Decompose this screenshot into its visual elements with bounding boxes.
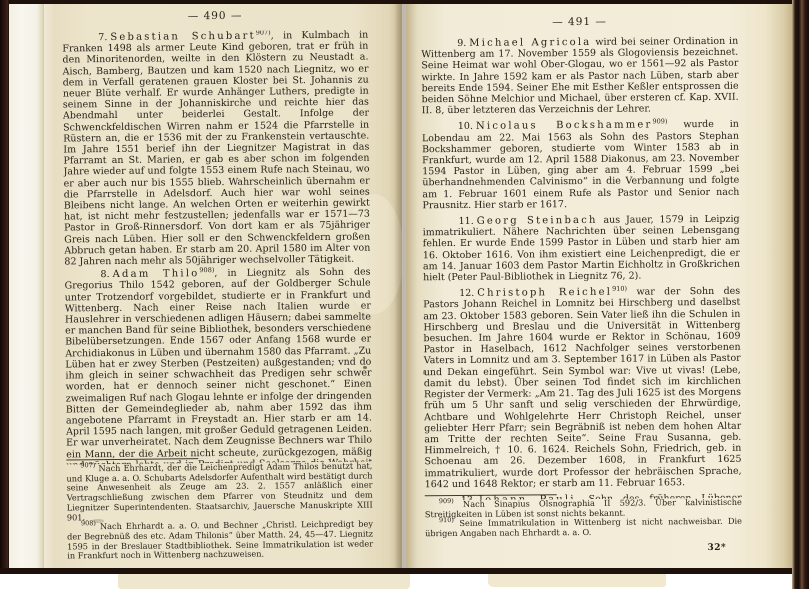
paragraph-number: 11. [459,216,474,227]
page-number-header-right: — 491 — [421,15,738,29]
book-binding-left [0,0,9,573]
footnote-910: 910) Seine Immatrikulation in Wittenberg… [425,517,742,539]
footnote-marker: 909) [439,497,454,505]
person-name: Christoph Reichel [477,287,612,299]
paragraph-11-georg-steinbach: 11.Georg Steinbach aus Jauer, 1579 in Le… [423,214,741,284]
scan-speck [363,366,367,369]
footnote-907: 907) Nach Ehrhardt, der die Leichenpredi… [66,462,373,523]
paragraph-9-michael-agricola: 9.Michael Agricola wird bei seiner Ordin… [421,36,739,117]
signature-mark: 32* [425,543,742,555]
paragraph-text: , in Kulmbach in Franken 1498 als armer … [62,30,370,268]
book-scan: { "left_page": { "header": "— 490 —", "p… [0,0,809,589]
footnote-ref-907: 907) [256,30,271,37]
person-name: Michael Agricola [469,37,591,49]
paragraph-number: 10. [458,121,473,132]
footnote-ref-909: 909) [652,118,667,126]
footnotes-left: 907) Nach Ehrhardt, der die Leichenpredi… [66,457,373,562]
page-491-body: 9.Michael Agricola wird bei seiner Ordin… [421,36,742,500]
paragraph-text: war der Sohn des Pastors Johann Reichel … [423,286,741,490]
page-491: — 491 — 9.Michael Agricola wird bei sein… [406,4,792,568]
footnotes-right: 909) Nach Sinapius Olsnographia II 592/3… [425,493,742,555]
paragraph-text: wurde in Lobendau am 22. Mai 1563 als So… [422,119,740,211]
page-stack-edge [9,4,44,568]
page-number-header-left: — 490 — [62,9,368,24]
page-490-body: 7.Sebastian Schubart907), in Kulmbach in… [62,30,372,465]
paragraph-text: , in Liegnitz als Sohn des Gregorius Thi… [65,267,373,465]
paragraph-number: 9. [457,38,466,49]
page-490-content: — 490 — 7.Sebastian Schubart907), in Kul… [62,9,373,568]
footnote-908: 908) Nach Ehrhardt a. a. O. und Bechner … [67,520,373,562]
footnote-separator-rule [425,494,557,496]
paragraph-number: 12. [459,288,474,299]
person-name: Georg Steinbach [477,215,598,227]
scan-speck [92,519,104,523]
paragraph-number: 8. [100,269,109,280]
scan-speck [423,370,426,375]
footnote-marker: 907) [80,461,95,469]
person-name: Adam Thilo [113,268,200,280]
footnote-ref-908: 908) [199,266,214,274]
footnote-separator-rule [66,458,198,460]
page-491-content: — 491 — 9.Michael Agricola wird bei sein… [421,15,742,569]
paper-edge-bottom [488,574,666,587]
paragraph-number: 7. [98,32,107,43]
footnote-text: Nach Ehrhardt a. a. O. und Bechner „Chri… [67,519,373,561]
paragraph-8-adam-thilo: 8.Adam Thilo908), in Liegnitz als Sohn d… [64,267,372,465]
footnote-marker: 910) [439,516,454,524]
paper-edge-bottom [118,574,410,589]
paragraph-12-christoph-reichel: 12.Christoph Reichel910) war der Sohn de… [423,286,742,490]
footnote-text: Seine Immatrikulation in Wittenberg ist … [425,516,742,538]
paragraph-10-nicolaus-bockshammer: 10.Nicolaus Bockshammer909) wurde in Lob… [422,119,740,211]
footnote-ref-910: 910) [612,285,627,293]
paragraph-7-sebastian-schubart: 7.Sebastian Schubart907), in Kulmbach in… [62,30,370,268]
footnote-text: Nach Ehrhardt, der die Leichenpredigt Ad… [66,461,372,522]
page-490: — 490 — 7.Sebastian Schubart907), in Kul… [44,4,402,568]
book-binding-right [792,0,809,589]
